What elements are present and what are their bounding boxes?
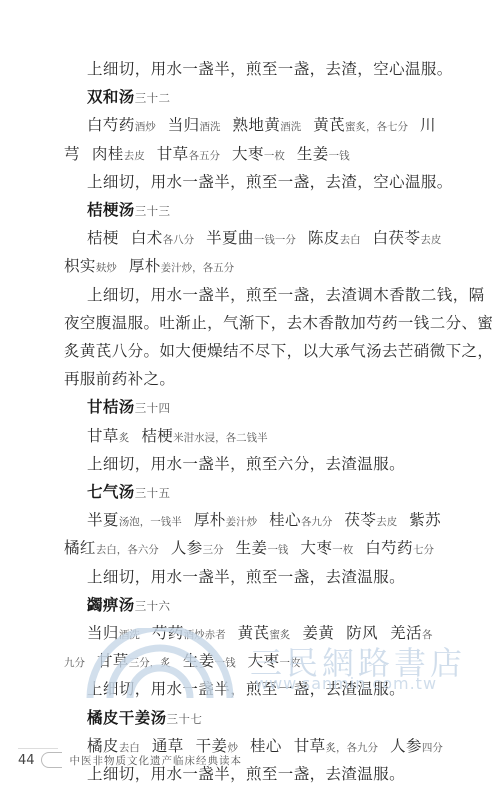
book-title: 中医非物质文化遗产临床经典读本 [70,753,243,768]
text-line: 上细切，用水一盏半，煎至一盏，去渣温服。 [64,567,471,587]
main-text: 上细切，用水一盏半，煎至一盏，去渣调木香散二钱，隔 [87,286,485,304]
text-line: 夜空腹温服。吐渐止，气渐下，去木香散加芍药一钱二分、蜜 [64,313,448,333]
main-text: 再服前药补之。 [64,370,175,388]
annotation: 汤泡，一钱半 [119,516,182,528]
annotation: 酒洗 [119,629,140,641]
formula-number: 三十六 [135,599,171,613]
main-text: 芍药 [152,624,184,642]
annotation: 各九分 [301,516,333,528]
text-line: 上细切，用水一盏半，煎至一盏，去渣，空心温服。 [64,172,471,192]
main-text: 上细切，用水一盏半，煎至一盏，去渣，空心温服。 [87,60,453,78]
annotation: 一钱一分 [254,234,296,246]
annotation: 一钱 [215,657,236,669]
annotation: 炙 [119,432,130,444]
main-text: 炙黄芪八分。如大便燥结不尽下，以大承气汤去芒硝微下之， [64,342,493,360]
annotation: 一枚 [332,544,353,556]
main-text: 川 [420,116,436,134]
main-text: 大枣 [232,145,264,163]
main-text: 甘草 [87,427,119,445]
annotation: 各五分 [189,150,221,162]
annotation: 去皮 [420,234,441,246]
annotation: 酒洗 [200,121,221,133]
annotation: 麸炒 [96,262,117,274]
main-text: 人参 [171,539,203,557]
annotation: 三分 [203,544,224,556]
main-text: 半夏 [87,511,119,529]
main-text: 茯苓 [344,511,376,529]
main-text: 当归 [87,624,119,642]
annotation: 七分 [413,544,434,556]
text-line: 上细切，用水一盏半，煎至一盏，去渣调木香散二钱，隔 [64,285,471,305]
main-text: 白芍药 [365,539,413,557]
main-text: 生姜 [236,539,268,557]
formula-number: 三十三 [135,204,171,218]
annotation: 九分 [64,657,85,669]
page-number: 44 [18,753,35,768]
main-text: 陈皮 [308,229,340,247]
main-text: 黄芪 [313,116,345,134]
annotation: 蜜炙，各七分 [345,121,408,133]
main-text: 夜空腹温服。吐渐止，气渐下，去木香散加芍药一钱二分、蜜 [64,314,493,332]
footer-rule [18,748,58,749]
text-line: 炙黄芪八分。如大便燥结不尽下，以大承气汤去芒硝微下之， [64,341,448,361]
main-text: 生姜 [183,652,215,670]
page-footer: 44 中医非物质文化遗产临床经典读本 [18,752,242,768]
formula-number: 三十七 [167,712,203,726]
text-line: 芎肉桂去皮甘草各五分大枣一枚生姜一钱 [64,144,448,166]
annotation: 去皮 [376,516,397,528]
main-text: 上细切，用水一盏半，煎至一盏，去渣，空心温服。 [87,173,453,191]
annotation: 姜汁炒 [226,516,258,528]
formula-name: 桔梗汤 [87,200,135,219]
annotation: 去白，各六分 [96,544,159,556]
main-text: 半夏曲 [206,229,254,247]
watermark-url: www.sanmin.com.tw [255,674,437,693]
main-text: 白茯苓 [373,229,421,247]
main-text: 上细切，用水一盏半，煎至六分，去渣温服。 [87,455,405,473]
main-text: 熟地黄 [233,116,281,134]
annotation: 去白 [340,234,361,246]
formula-number: 三十二 [135,91,171,105]
formula-title: 双和汤三十二 [64,87,471,108]
book-page: 上细切，用水一盏半，煎至一盏，去渣，空心温服。双和汤三十二白芍药酒炒当归酒洗熟地… [0,0,503,800]
formula-title: 七气汤三十五 [64,482,471,503]
annotation: 酒炒赤者 [184,629,226,641]
formula-name: 橘皮干姜汤 [87,708,167,727]
main-text: 厚朴 [129,257,161,275]
main-text: 甘草 [294,737,326,755]
footer-ornament-icon [41,752,62,768]
annotation: 酒洗 [280,121,301,133]
text-line: 枳实麸炒厚朴姜汁炒，各五分 [64,256,448,278]
main-text: 上细切，用水一盏半，煎至一盏，去渣温服。 [87,568,405,586]
main-text: 桂心 [250,737,282,755]
main-text: 橘红 [64,539,96,557]
main-text: 紫苏 [409,511,441,529]
text-line: 半夏汤泡，一钱半厚朴姜汁炒桂心各九分茯苓去皮紫苏 [64,510,471,532]
annotation: 一钱 [329,150,350,162]
annotation: 一钱 [267,544,288,556]
main-text: 厚朴 [194,511,226,529]
formula-name: 七气汤 [87,482,135,501]
text-line: 甘草炙桔梗米泔水浸，各二钱半 [64,426,471,448]
text-line: 橘红去白，各六分人参三分生姜一钱大枣一枚白芍药七分 [64,538,448,560]
text-line: 上细切，用水一盏半，煎至一盏，去渣，空心温服。 [64,59,471,79]
text-line: 桔梗白术各八分半夏曲一钱一分陈皮去白白茯苓去皮 [64,228,471,250]
annotation: 去皮 [124,150,145,162]
text-line: 上细切，用水一盏半，煎至六分，去渣温服。 [64,454,471,474]
main-text: 芎 [64,145,80,163]
formula-name: 双和汤 [87,87,135,106]
formula-name: 甘桔汤 [87,397,135,416]
formula-name: 蠲痹汤 [87,595,135,614]
main-text: 桂心 [269,511,301,529]
main-text: 桔梗 [87,229,119,247]
main-text: 肉桂 [92,145,124,163]
main-text: 甘草 [157,145,189,163]
main-text: 人参 [390,737,422,755]
text-line: 再服前药补之。 [64,369,448,389]
main-text: 大枣 [300,539,332,557]
formula-title: 橘皮干姜汤三十七 [64,708,471,729]
formula-number: 三十五 [135,486,171,500]
formula-title: 蠲痹汤三十六 [64,595,471,616]
formula-title: 桔梗汤三十三 [64,200,471,221]
formula-number: 三十四 [135,401,171,415]
main-text: 枳实 [64,257,96,275]
main-text: 白术 [131,229,163,247]
main-text: 生姜 [297,145,329,163]
annotation: 四分 [422,742,443,754]
main-text: 桔梗 [141,427,173,445]
main-text: 当归 [168,116,200,134]
main-text: 甘草 [97,652,129,670]
text-line: 白芍药酒炒当归酒洗熟地黄酒洗黄芪蜜炙，各七分川 [64,115,471,137]
annotation: 各八分 [163,234,195,246]
annotation: 炙，各九分 [326,742,379,754]
annotation: 米泔水浸，各二钱半 [173,432,268,444]
annotation: 姜汁炒，各五分 [161,262,235,274]
annotation: 一枚 [264,150,285,162]
formula-title: 甘桔汤三十四 [64,397,471,418]
main-text: 白芍药 [87,116,135,134]
annotation: 酒炒 [135,121,156,133]
annotation: 三分，炙 [129,657,171,669]
